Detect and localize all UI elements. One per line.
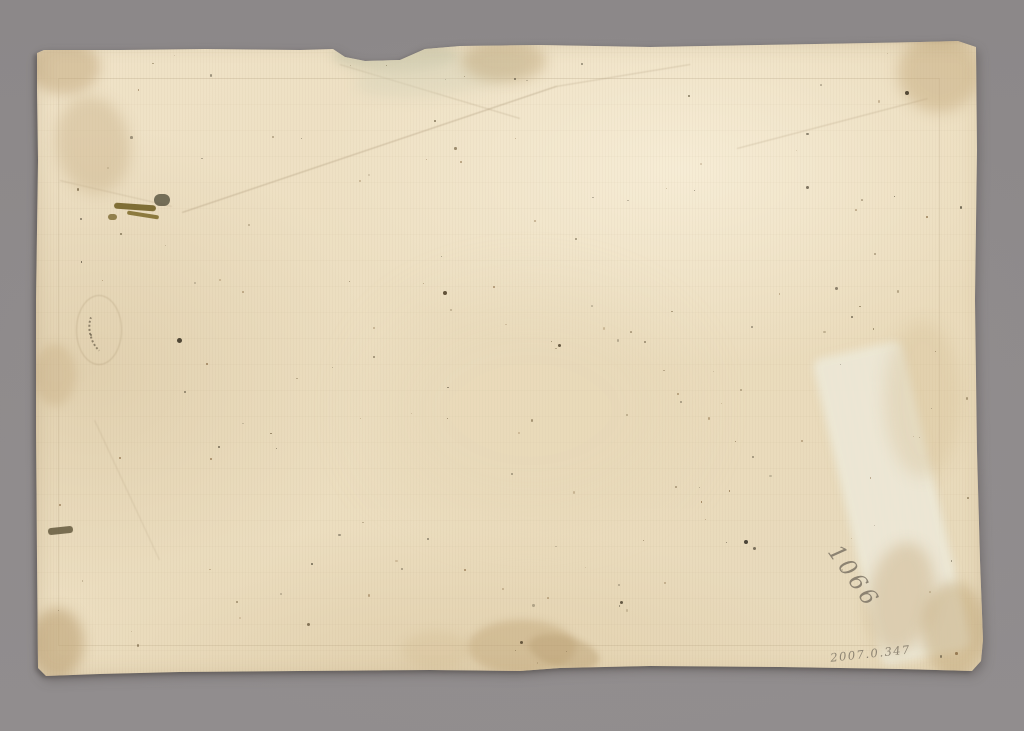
grain-speck <box>537 662 538 663</box>
foxing-speck-14 <box>575 238 577 240</box>
grain-speck <box>454 147 456 149</box>
left-edge-stain <box>34 344 76 406</box>
foxing-speck-11 <box>520 641 523 644</box>
grain-speck <box>951 560 952 561</box>
grain-speck <box>960 206 963 209</box>
foxing-speck-9 <box>835 287 838 290</box>
grain-speck <box>851 316 853 318</box>
grain-speck <box>566 651 567 652</box>
grain-speck <box>239 617 241 619</box>
foxing-speck-13 <box>434 120 436 122</box>
foxing-speck-4 <box>753 547 756 550</box>
grain-speck <box>206 363 208 365</box>
grain-speck <box>547 597 549 599</box>
foxing-speck-16 <box>373 356 375 358</box>
grain-speck <box>242 291 244 293</box>
foxing-speck-15 <box>644 341 646 343</box>
foxing-speck-12 <box>120 233 122 235</box>
bottom-center-faint-stain <box>402 631 470 669</box>
grain-speck <box>174 55 175 56</box>
foxing-speck-3 <box>744 540 748 544</box>
foxing-speck-2 <box>558 344 561 347</box>
foxing-speck-0 <box>177 338 182 343</box>
foxing-speck-8 <box>688 95 690 97</box>
grain-speck <box>514 78 516 80</box>
grain-speck <box>493 286 495 288</box>
grain-speck <box>515 138 516 139</box>
grain-speck <box>591 305 593 307</box>
bottom-left-corner-stain <box>30 608 84 678</box>
grain-speck <box>447 387 448 388</box>
grain-speck <box>210 458 212 460</box>
grain-speck <box>929 591 931 593</box>
grain-speck <box>137 644 139 646</box>
grain-speck <box>165 245 166 246</box>
grain-speck <box>779 293 780 294</box>
grain-speck <box>887 53 888 54</box>
grain-speck <box>873 328 874 329</box>
grain-speck <box>450 309 452 311</box>
grain-speck <box>518 432 520 434</box>
grain-speck <box>359 180 361 182</box>
grain-speck <box>855 209 857 211</box>
top-left-corner-stain <box>28 40 100 94</box>
grain-speck <box>464 569 466 571</box>
grain-speck <box>460 161 462 163</box>
grain-speck <box>107 167 109 169</box>
grain-speck <box>311 563 313 565</box>
grain-speck <box>581 63 583 65</box>
grain-speck <box>426 159 427 160</box>
grain-speck <box>940 655 942 657</box>
stain-right-of-strip <box>884 322 962 477</box>
grain-speck <box>395 560 397 562</box>
foxing-speck-7 <box>806 186 809 189</box>
grain-speck <box>823 331 825 333</box>
grain-speck <box>769 475 771 477</box>
bottom-right-corner-stain <box>922 582 986 677</box>
top-center-brown-stain <box>462 40 546 82</box>
top-right-corner-stain <box>898 34 980 112</box>
grain-speck <box>184 391 186 393</box>
grain-speck <box>806 133 809 136</box>
grain-speck <box>751 326 753 328</box>
foxing-speck-1 <box>443 291 447 295</box>
photo-backdrop: 1066 2007.0.347 <box>0 0 1024 731</box>
grain-speck <box>248 224 250 226</box>
paper-surface: 1066 2007.0.347 <box>35 41 984 677</box>
grain-speck <box>401 568 403 570</box>
grain-speck <box>967 497 969 499</box>
grain-speck <box>119 457 121 459</box>
foxing-speck-6 <box>905 91 909 95</box>
foxing-speck-10 <box>307 623 310 626</box>
grain-speck <box>664 582 665 583</box>
grain-speck <box>874 253 876 255</box>
grain-speck <box>349 281 350 282</box>
grain-speck <box>526 80 527 81</box>
grain-speck <box>81 261 82 262</box>
center-mottle <box>370 290 690 530</box>
grain-speck <box>955 652 958 655</box>
grain-speck <box>511 473 513 475</box>
grain-speck <box>966 397 968 399</box>
grain-speck <box>878 100 880 102</box>
grain-speck <box>700 163 702 165</box>
grain-speck <box>58 610 59 611</box>
grain-speck <box>502 588 504 590</box>
grain-speck <box>861 199 863 201</box>
grain-speck <box>897 290 899 292</box>
grain-speck <box>532 604 534 606</box>
ink-mark-3 <box>108 214 117 220</box>
grain-speck <box>210 74 212 76</box>
grain-speck <box>505 324 507 326</box>
grain-speck <box>219 279 221 281</box>
grain-speck <box>464 76 465 77</box>
grain-speck <box>280 593 282 595</box>
grain-speck <box>926 216 928 218</box>
paper-sheet: 1066 2007.0.347 <box>0 0 1024 731</box>
grain-speck <box>152 63 153 64</box>
ink-mark-2 <box>154 194 170 206</box>
grain-speck <box>677 393 679 395</box>
grain-speck <box>218 446 220 448</box>
foxing-speck-17 <box>236 601 238 603</box>
grain-speck <box>445 79 446 80</box>
grain-speck <box>894 196 895 197</box>
grain-speck <box>708 417 711 420</box>
grain-speck <box>801 440 803 442</box>
foxing-speck-5 <box>620 601 623 604</box>
grain-speck <box>272 136 274 138</box>
grain-speck <box>617 339 619 341</box>
